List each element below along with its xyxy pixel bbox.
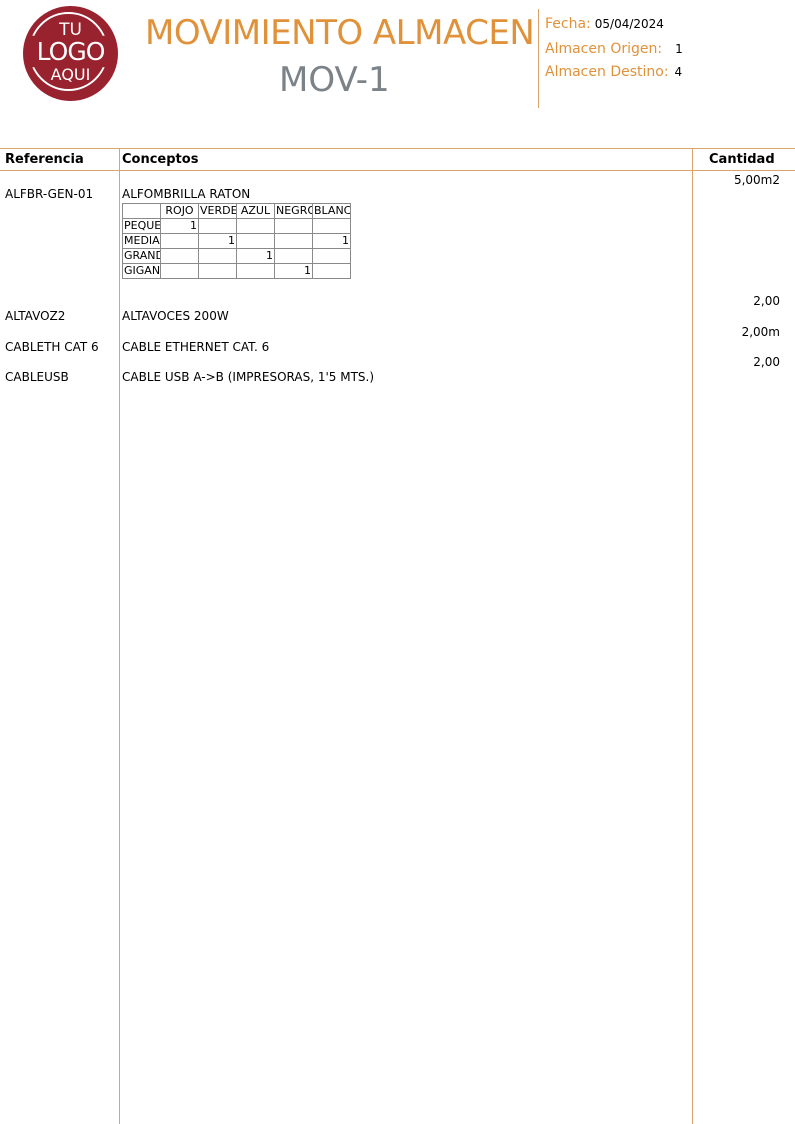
variant-row: MEDIANA 1 1: [123, 234, 351, 249]
variant-color: NEGRO: [275, 204, 313, 219]
variant-qty: 1: [313, 234, 351, 249]
variant-header-row: ROJO VERDE AZUL NEGRO BLANCO: [123, 204, 351, 219]
variant-qty: [313, 264, 351, 279]
variant-qty: 1: [275, 264, 313, 279]
row-concept: CABLE USB A->B (IMPRESORAS, 1'5 MTS.): [122, 370, 374, 384]
row-ref: ALFBR-GEN-01: [5, 187, 93, 201]
column-header-referencia: Referencia: [5, 152, 84, 167]
row-ref: CABLETH CAT 6: [5, 340, 99, 354]
variant-grid: ROJO VERDE AZUL NEGRO BLANCO PEQUEÑA 1 M…: [122, 203, 351, 279]
variant-row: GRANDE 1: [123, 249, 351, 264]
variant-color: VERDE: [199, 204, 237, 219]
variant-qty: [161, 234, 199, 249]
variant-qty: [237, 264, 275, 279]
variant-qty: [275, 249, 313, 264]
origen-label: Almacen Origen:: [545, 41, 662, 57]
fecha-row: Fecha:05/04/2024: [545, 16, 664, 32]
variant-qty: [313, 219, 351, 234]
column-header-cantidad: Cantidad: [709, 152, 775, 167]
variant-qty: 1: [161, 219, 199, 234]
variant-qty: [199, 264, 237, 279]
variant-qty: [161, 249, 199, 264]
column-divider-2: [692, 148, 693, 1124]
row-concept: ALTAVOCES 200W: [122, 309, 229, 323]
variant-size: GIGANTE: [123, 264, 161, 279]
document-number: MOV-1: [279, 60, 390, 100]
header-divider: [538, 9, 539, 108]
variant-color: AZUL: [237, 204, 275, 219]
column-divider-1: [119, 148, 120, 1124]
row-qty: 2,00: [753, 294, 780, 308]
fecha-value: 05/04/2024: [595, 17, 664, 31]
row-qty: 5,00m2: [734, 173, 780, 187]
variant-qty: [275, 219, 313, 234]
variant-qty: [199, 219, 237, 234]
row-concept: CABLE ETHERNET CAT. 6: [122, 340, 269, 354]
row-ref: CABLEUSB: [5, 370, 69, 384]
destino-row: Almacen Destino:4: [545, 64, 682, 80]
variant-qty: [275, 234, 313, 249]
variant-qty: 1: [237, 249, 275, 264]
variant-row: GIGANTE 1: [123, 264, 351, 279]
variant-size: PEQUEÑA: [123, 219, 161, 234]
fecha-label: Fecha:: [545, 16, 591, 32]
variant-qty: [161, 264, 199, 279]
variant-color: BLANCO: [313, 204, 351, 219]
variant-qty: [199, 249, 237, 264]
row-qty: 2,00: [753, 355, 780, 369]
document-title: MOVIMIENTO ALMACEN: [145, 13, 534, 53]
logo-line2: LOGO: [23, 39, 118, 65]
logo-line3: AQUI: [23, 66, 118, 83]
variant-qty: 1: [199, 234, 237, 249]
column-header-conceptos: Conceptos: [122, 152, 198, 167]
variant-row: PEQUEÑA 1: [123, 219, 351, 234]
row-concept: ALFOMBRILLA RATON: [122, 187, 250, 201]
variant-color: ROJO: [161, 204, 199, 219]
variant-qty: [237, 219, 275, 234]
row-ref: ALTAVOZ2: [5, 309, 65, 323]
variant-qty: [313, 249, 351, 264]
variant-size: MEDIANA: [123, 234, 161, 249]
origen-value: 1: [675, 42, 683, 56]
variant-qty: [237, 234, 275, 249]
row-qty: 2,00m: [742, 325, 780, 339]
variant-corner: [123, 204, 161, 219]
logo: TU LOGO AQUI: [23, 6, 118, 101]
destino-label: Almacen Destino:: [545, 64, 669, 80]
origen-row: Almacen Origen:1: [545, 41, 683, 57]
variant-size: GRANDE: [123, 249, 161, 264]
destino-value: 4: [675, 65, 683, 79]
